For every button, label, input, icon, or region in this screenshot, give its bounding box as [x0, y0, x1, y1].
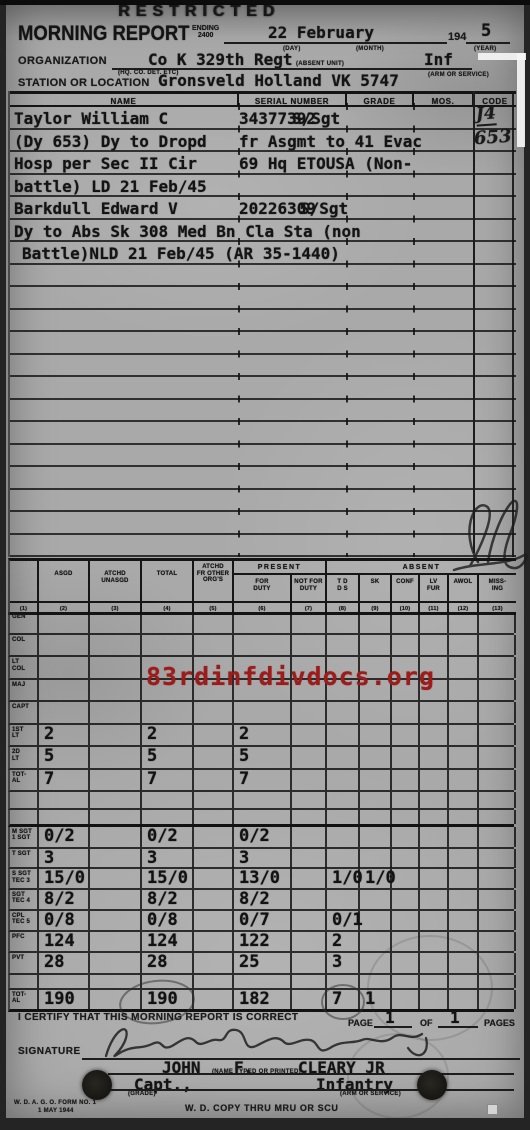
stats-row: T SGT333 [8, 849, 514, 870]
stats-cell [327, 810, 360, 824]
stats-cell: 2 [234, 725, 292, 746]
stats-cell [449, 657, 479, 678]
stats-row [8, 810, 514, 827]
stats-cell [327, 635, 360, 656]
stats-cell [194, 747, 234, 768]
month-label: (MONTH) [356, 46, 384, 52]
stats-col-label [10, 561, 39, 601]
stats-cell: 2 [39, 725, 90, 746]
stats-cell [90, 792, 142, 808]
date-value: 22 February [268, 23, 374, 42]
stats-cell [479, 827, 516, 847]
stats-cell [392, 849, 420, 868]
roster-rule-line [10, 355, 516, 378]
stats-cell [479, 635, 516, 656]
stats-cell [479, 869, 516, 888]
stats-cell [292, 635, 327, 656]
stats-cell [234, 612, 292, 633]
stats-cell [194, 635, 234, 656]
station-label: STATION OR LOCATION [18, 77, 150, 89]
stats-row [8, 792, 514, 810]
year-underline [466, 42, 510, 44]
stats-cell [90, 680, 142, 701]
roster-rule-line [10, 287, 516, 310]
stats-cell: 0/2 [142, 827, 194, 847]
stats-cell [194, 612, 234, 633]
stats-cell [392, 890, 420, 909]
stats-row: TOT- AL777 [8, 770, 514, 793]
stats-cell [90, 702, 142, 723]
stats-cell [194, 810, 234, 824]
stats-cell [360, 810, 392, 824]
stats-col-missing: MISS- ING [479, 575, 516, 601]
roster-rule-line [10, 310, 516, 333]
stats-cell [449, 612, 479, 633]
stats-cell: 7 [234, 770, 292, 791]
name-sublabel: (NAME TYPED OR PRINTED) [212, 1069, 301, 1075]
roster-rule-line [10, 332, 516, 355]
stats-row: GEN [8, 612, 514, 635]
form-title: MORNING REPORT [18, 22, 189, 46]
stats-row: COL [8, 635, 514, 658]
stats-row-label: SGT TEC 4 [10, 890, 39, 909]
stats-cell [360, 827, 392, 847]
stats-cell [194, 725, 234, 746]
stats-cell [90, 657, 142, 678]
roster-rule-line [10, 467, 516, 490]
stats-header: ASGD ATCHD UNASGD TOTAL ATCHD FR OTHER O… [8, 558, 516, 615]
stats-cell [479, 770, 516, 791]
stats-cell [292, 770, 327, 791]
stats-cell [360, 612, 392, 633]
stats-row-label: MAJ [10, 680, 39, 701]
stats-cell [234, 635, 292, 656]
scan-artifact-square [487, 1104, 498, 1115]
stats-col-sk: SK [360, 575, 392, 601]
restricted-stamp: RESTRICTED [118, 3, 280, 21]
stats-cell [360, 702, 392, 723]
entry-text: Dy to Abs Sk 308 Med Bn Cla Sta (non [14, 222, 361, 241]
absent-unit-label: (ABSENT UNIT) [296, 61, 344, 67]
stats-cell [420, 911, 449, 930]
stats-cell: 8/2 [142, 890, 194, 909]
stats-row-label: LT COL [10, 657, 39, 678]
stats-cell: 7 [142, 770, 194, 791]
stats-cell: 0/2 [39, 827, 90, 847]
code-entry: J4 [475, 103, 496, 126]
stats-cell [479, 849, 516, 868]
stats-cell [292, 747, 327, 768]
stats-row-label: S SGT TEC 3 [10, 869, 39, 888]
pages-value: 1 [450, 1008, 460, 1027]
stats-col-awol: AWOL [449, 575, 479, 601]
stats-cell [360, 792, 392, 808]
col-name: NAME [10, 94, 239, 105]
roster-row: (Dy 653) Dy to Dropd fr Asgmt to 41 Evac… [8, 130, 514, 153]
stats-cell [90, 810, 142, 824]
stats-cell [449, 747, 479, 768]
stats-cell [360, 849, 392, 868]
stats-cell [292, 792, 327, 808]
pages-label: PAGES [484, 1018, 515, 1028]
stats-cell [360, 770, 392, 791]
soldier-name: Barkdull Edward V [14, 199, 178, 218]
entry-text: 69 Hq ETOUSA (Non- [239, 154, 412, 173]
stats-cell [292, 702, 327, 723]
stats-col-conf: CONF [392, 575, 420, 601]
stats-cell [449, 810, 479, 824]
col-mos: MOS. [414, 94, 474, 105]
col-serial: SERIAL NUMBER [239, 94, 347, 105]
stats-cell [449, 680, 479, 701]
stats-cell [392, 770, 420, 791]
stats-cell: 0/8 [142, 911, 194, 930]
roster-rule-line [10, 377, 516, 400]
roster-rule-line [10, 265, 516, 288]
roster-rule-line [10, 512, 516, 535]
organization-label: ORGANIZATION [18, 55, 107, 67]
stats-cell [420, 869, 449, 888]
stats-cell [194, 869, 234, 888]
stats-row-label: 2D LT [10, 747, 39, 768]
roster-rule-line [10, 422, 516, 445]
stats-cell [420, 827, 449, 847]
stats-cell [90, 890, 142, 909]
stats-row-label: 1ST LT [10, 725, 39, 746]
stats-cell [327, 890, 360, 909]
stats-col-total: TOTAL [142, 561, 194, 601]
year-prefix: 194 [448, 31, 466, 43]
stats-cell: 15/0 [142, 869, 194, 888]
stats-cell [420, 747, 449, 768]
stats-cell [392, 747, 420, 768]
stats-cell [327, 849, 360, 868]
stats-cell [392, 725, 420, 746]
stats-row-label [10, 792, 39, 808]
stats-row: CAPT [8, 702, 514, 725]
stats-cell [39, 792, 90, 808]
stats-row: M SGT 1 SGT0/20/20/2 [8, 827, 514, 849]
entry-text: Hosp per Sec II Cir [14, 154, 197, 173]
stats-cell [327, 770, 360, 791]
stats-cell [234, 810, 292, 824]
stats-cell [292, 869, 327, 888]
stats-cell [479, 810, 516, 824]
entry-text: Battle)NLD 21 Feb/45 (AR 35-1440) [22, 244, 340, 263]
stats-cell [194, 770, 234, 791]
arm-value: Inf [424, 50, 453, 69]
stats-cell [194, 792, 234, 808]
stats-cell: 7 [39, 770, 90, 791]
stats-cell: 8/2 [234, 890, 292, 909]
stats-cell: 3 [142, 849, 194, 868]
stats-cell [327, 792, 360, 808]
roster-row: Hosp per Sec II Cir 69 Hq ETOUSA (Non- [8, 152, 514, 175]
stats-cell [327, 827, 360, 847]
pages-underline [438, 1026, 478, 1028]
grade-label: (GRADE) [128, 1091, 156, 1097]
roster-row: Taylor William C 34377392 S/Sgt J4 [8, 107, 514, 130]
stats-cell [420, 702, 449, 723]
stats-cell: 2 [142, 725, 194, 746]
stats-cell: 5 [142, 747, 194, 768]
stats-cell [90, 612, 142, 633]
entry-text: fr Asgmt to 41 Evac [239, 132, 422, 151]
stats-cell [292, 911, 327, 930]
code-entry: 653 [473, 125, 512, 149]
grade: S/Sgt [300, 199, 348, 218]
stats-row: S SGT TEC 315/015/013/01/01/0 [8, 869, 514, 890]
stats-cell [360, 725, 392, 746]
stats-cell [449, 869, 479, 888]
stats-cell [449, 635, 479, 656]
stats-cell [392, 612, 420, 633]
stats-row-label: M SGT 1 SGT [10, 827, 39, 847]
arm-label: (ARM OR SERVICE) [428, 72, 489, 78]
stats-cell [392, 827, 420, 847]
group-absent: ABSENT [327, 561, 516, 575]
soldier-name: Taylor William C [14, 109, 168, 128]
stats-cell [392, 911, 420, 930]
stats-cell: 0/2 [234, 827, 292, 847]
stats-cell [292, 725, 327, 746]
stats-col-atchd-unasgd: ATCHD UNASGD [90, 561, 142, 601]
stats-cell [90, 635, 142, 656]
stats-cell [327, 747, 360, 768]
stats-cell [479, 680, 516, 701]
scan-artifact-bracket [517, 53, 525, 147]
stats-cell [449, 849, 479, 868]
roster-row: Battle)NLD 21 Feb/45 (AR 35-1440) [8, 242, 514, 265]
roster-row: Barkdull Edward V 20226309 S/Sgt [8, 197, 514, 220]
stats-cell [360, 635, 392, 656]
stats-cell: 8/2 [39, 890, 90, 909]
stats-cell [90, 770, 142, 791]
stats-cell [392, 792, 420, 808]
stats-cell [360, 890, 392, 909]
stats-cell [39, 612, 90, 633]
stats-cell [90, 827, 142, 847]
stats-row-label: TOT- AL [10, 770, 39, 791]
stats-cell [449, 770, 479, 791]
stats-cell [420, 890, 449, 909]
punch-hole [82, 1070, 112, 1100]
stats-cell: 1/0 [360, 869, 392, 888]
stats-cell [420, 810, 449, 824]
roster-rule-line [10, 490, 516, 513]
stats-cell [142, 702, 194, 723]
stats-row: 2D LT555 [8, 747, 514, 770]
stats-cell [39, 680, 90, 701]
stats-row-label: CPL TEC 5 [10, 911, 39, 930]
stats-cell [420, 635, 449, 656]
stats-row-label [10, 810, 39, 824]
stats-cell [449, 702, 479, 723]
stats-cell [292, 890, 327, 909]
stats-cell [234, 792, 292, 808]
stats-cell: 15/0 [39, 869, 90, 888]
stats-row-label: GEN [10, 612, 39, 633]
stats-row-label: T SGT [10, 849, 39, 868]
stats-cell [90, 911, 142, 930]
stats-cell [449, 792, 479, 808]
stats-cell [39, 635, 90, 656]
stats-cell [234, 702, 292, 723]
roster-rule-line [10, 400, 516, 423]
stats-cell [292, 849, 327, 868]
stats-col-asgd: ASGD [39, 561, 90, 601]
punch-hole [417, 1070, 447, 1100]
stats-cell [292, 810, 327, 824]
stats-cell [392, 635, 420, 656]
stats-cell [420, 612, 449, 633]
stats-cell [360, 747, 392, 768]
stats-cell [479, 657, 516, 678]
col-grade: GRADE [347, 94, 414, 105]
stats-cell [420, 792, 449, 808]
stats-cell [90, 849, 142, 868]
stats-cell [142, 612, 194, 633]
stats-cell [479, 725, 516, 746]
roster-rule-line [10, 535, 516, 558]
year-value: 5 [481, 21, 491, 41]
station-value: Gronsveld Holland VK 5747 [158, 71, 399, 90]
stats-col-for-duty: FOR DUTY [234, 575, 292, 601]
stats-col-atchd-fr: ATCHD FR OTHER ORG'S [194, 561, 234, 601]
stats-cell [420, 770, 449, 791]
stats-cell [39, 657, 90, 678]
roster-rule-line [10, 445, 516, 468]
organization-value: Co K 329th Regt [148, 50, 293, 69]
stats-cell [327, 702, 360, 723]
stats-cell [327, 612, 360, 633]
stats-col-lv-fur: LV FUR [420, 575, 449, 601]
form-date: 1 MAY 1944 [38, 1108, 74, 1114]
stats-cell [194, 849, 234, 868]
stats-cell: 0/8 [39, 911, 90, 930]
stats-cell [194, 911, 234, 930]
stats-cell: 0/7 [234, 911, 292, 930]
stats-cell [90, 869, 142, 888]
watermark: 83rdinfdivdocs.org [146, 662, 435, 691]
stats-row: CPL TEC 50/80/80/70/1 [8, 911, 514, 932]
form-id: W. D. A. G. O. FORM NO. 1 [14, 1100, 96, 1106]
stats-row: SGT TEC 48/28/28/2 [8, 890, 514, 911]
stats-cell [327, 725, 360, 746]
stats-cell: 5 [39, 747, 90, 768]
stats-row-label: CAPT [10, 702, 39, 723]
signature-label: SIGNATURE [18, 1046, 81, 1057]
stats-cell [449, 890, 479, 909]
stats-cell [90, 747, 142, 768]
stats-cell [90, 725, 142, 746]
stats-cell: 5 [234, 747, 292, 768]
date-underline [224, 42, 447, 44]
stats-cell [420, 725, 449, 746]
stats-cell [142, 635, 194, 656]
copy-routing-text: W. D. COPY THRU MRU OR SCU [185, 1103, 338, 1113]
roster-row: Dy to Abs Sk 308 Med Bn Cla Sta (non [8, 220, 514, 243]
entry-text: (Dy 653) Dy to Dropd [14, 132, 207, 151]
stats-cell: 0/1 [327, 911, 360, 930]
stats-col-not-for-duty: NOT FOR DUTY [292, 575, 327, 601]
stats-cell: 1/0 [327, 869, 360, 888]
stats-cell [392, 810, 420, 824]
stats-cell [449, 725, 479, 746]
stats-cell [194, 827, 234, 847]
stats-cell [479, 747, 516, 768]
stats-cell [420, 849, 449, 868]
stats-cell [479, 792, 516, 808]
stats-cell [194, 890, 234, 909]
entry-text: battle) LD 21 Feb/45 [14, 177, 207, 196]
grade: S/Sgt [292, 109, 340, 128]
stats-cell [449, 827, 479, 847]
stats-cell [194, 702, 234, 723]
stats-cell [392, 869, 420, 888]
stats-cell [39, 702, 90, 723]
stats-row-label: COL [10, 635, 39, 656]
stats-cell: 13/0 [234, 869, 292, 888]
stats-cell: 3 [39, 849, 90, 868]
stats-cell [479, 911, 516, 930]
stats-cell [392, 702, 420, 723]
stats-cell [142, 810, 194, 824]
roster-row: battle) LD 21 Feb/45 [8, 175, 514, 198]
arm-of-service-label: (ARM OR SERVICE) [340, 1091, 401, 1097]
stats-cell [479, 890, 516, 909]
stats-cell [360, 911, 392, 930]
roster-header: NAME SERIAL NUMBER GRADE MOS. CODE [10, 91, 516, 107]
stats-row: 1ST LT222 [8, 725, 514, 748]
stats-cell [479, 702, 516, 723]
stats-col-td-ds: T D D S [327, 575, 360, 601]
year-label: (YEAR) [474, 46, 496, 52]
ending-2400-label: ENDING 2400 [192, 25, 219, 39]
stats-cell: 3 [234, 849, 292, 868]
grade-underline [108, 1089, 514, 1091]
stats-cell [479, 612, 516, 633]
stats-cell [39, 810, 90, 824]
stats-cell [292, 827, 327, 847]
stats-cell [142, 792, 194, 808]
group-present: PRESENT [234, 561, 327, 575]
scanned-morning-report: RESTRICTED MORNING REPORT ENDING 2400 22… [0, 0, 530, 1130]
stats-cell [449, 911, 479, 930]
stats-cell [292, 612, 327, 633]
